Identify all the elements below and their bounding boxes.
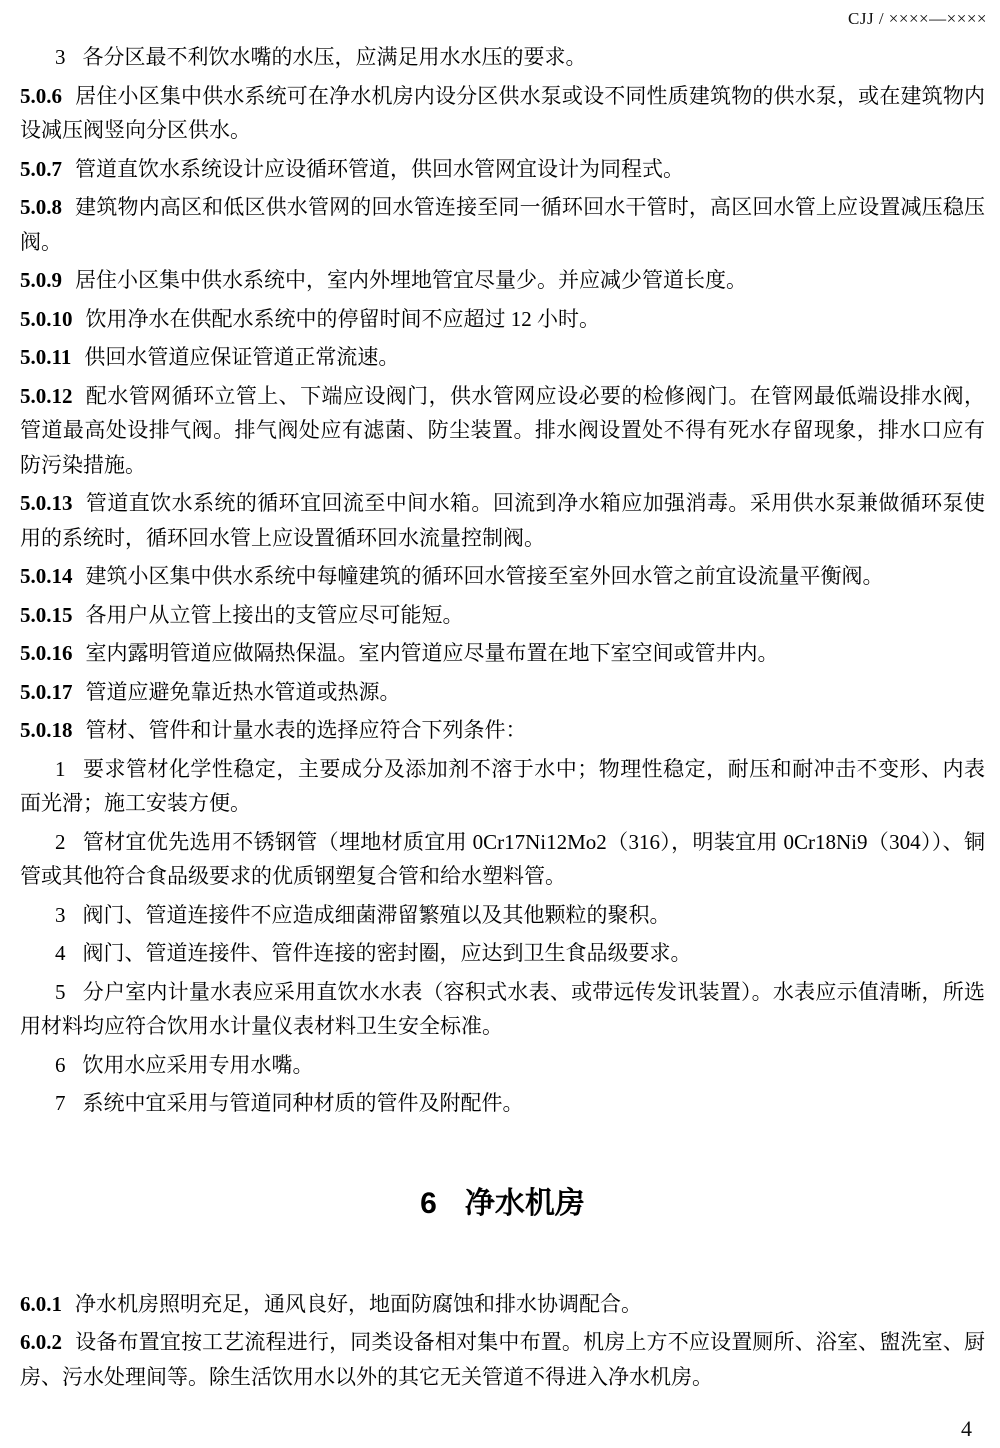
clause-text: 居住小区集中供水系统可在净水机房内设分区供水泵或设不同性质建筑物的供水泵，或在建…: [20, 84, 985, 143]
clause-paragraph: 5.0.7管道直饮水系统设计应设循环管道，供回水管网宜设计为同程式。: [20, 152, 985, 187]
running-header-standard-code: CJJ / ××××—××××: [848, 9, 987, 29]
subitem-paragraph: 4阀门、管道连接件、管件连接的密封圈，应达到卫生食品级要求。: [20, 936, 985, 971]
clause-paragraph: 5.0.6居住小区集中供水系统可在净水机房内设分区供水泵或设不同性质建筑物的供水…: [20, 79, 985, 148]
clause-paragraph: 6.0.2设备布置宜按工艺流程进行，同类设备相对集中布置。机房上方不应设置厕所、…: [20, 1325, 985, 1394]
subitem-number: 3: [55, 45, 66, 69]
subitem-paragraph: 6饮用水应采用专用水嘴。: [20, 1048, 985, 1083]
clause-paragraph: 5.0.14建筑小区集中供水系统中每幢建筑的循环回水管接至室外回水管之前宜设流量…: [20, 559, 985, 594]
subitem-text: 管材宜优先选用不锈钢管（埋地材质宜用 0Cr17Ni12Mo2（316），明装宜…: [20, 830, 985, 889]
subitem-text: 饮用水应采用专用水嘴。: [83, 1053, 314, 1077]
clause-text: 管道直饮水系统设计应设循环管道，供回水管网宜设计为同程式。: [75, 157, 684, 181]
clause-text: 设备布置宜按工艺流程进行，同类设备相对集中布置。机房上方不应设置厕所、浴室、盥洗…: [20, 1330, 985, 1389]
subitem-number: 6: [55, 1053, 66, 1077]
clause-number: 5.0.7: [20, 157, 62, 181]
clause-paragraph: 5.0.10饮用净水在供配水系统中的停留时间不应超过 12 小时。: [20, 302, 985, 337]
clause-text: 建筑物内高区和低区供水管网的回水管连接至同一循环回水干管时，高区回水管上应设置减…: [20, 195, 985, 254]
clause-number: 5.0.13: [20, 491, 73, 515]
subitem-text: 分户室内计量水表应采用直饮水水表（容积式水表、或带远传发讯装置）。水表应示值清晰…: [20, 980, 985, 1039]
subitem-paragraph: 3各分区最不利饮水嘴的水压，应满足用水水压的要求。: [20, 40, 985, 75]
section-heading-number: 6: [420, 1187, 437, 1220]
clause-number: 5.0.9: [20, 268, 62, 292]
subitem-paragraph: 5分户室内计量水表应采用直饮水水表（容积式水表、或带远传发讯装置）。水表应示值清…: [20, 975, 985, 1044]
subitem-paragraph: 2管材宜优先选用不锈钢管（埋地材质宜用 0Cr17Ni12Mo2（316），明装…: [20, 825, 985, 894]
clause-number: 5.0.18: [20, 718, 73, 742]
clause-text: 净水机房照明充足，通风良好，地面防腐蚀和排水协调配合。: [75, 1292, 642, 1316]
subitem-text: 阀门、管道连接件不应造成细菌滞留繁殖以及其他颗粒的聚积。: [83, 903, 671, 927]
subitem-number: 4: [55, 941, 66, 965]
section-heading-title: 净水机房: [465, 1187, 585, 1220]
clause-paragraph: 5.0.13管道直饮水系统的循环宜回流至中间水箱。回流到净水箱应加强消毒。采用供…: [20, 486, 985, 555]
subitem-number: 3: [55, 903, 66, 927]
clause-paragraph: 5.0.18管材、管件和计量水表的选择应符合下列条件：: [20, 713, 985, 748]
clause-paragraph: 5.0.11供回水管道应保证管道正常流速。: [20, 340, 985, 375]
clause-paragraph: 5.0.9居住小区集中供水系统中，室内外埋地管宜尽量少。并应减少管道长度。: [20, 263, 985, 298]
clause-number: 6.0.2: [20, 1330, 62, 1354]
subitem-paragraph: 1要求管材化学性稳定，主要成分及添加剂不溶于水中；物理性稳定，耐压和耐冲击不变形…: [20, 752, 985, 821]
clause-paragraph: 5.0.16室内露明管道应做隔热保温。室内管道应尽量布置在地下室空间或管井内。: [20, 636, 985, 671]
clause-number: 5.0.8: [20, 195, 62, 219]
subitem-text: 阀门、管道连接件、管件连接的密封圈，应达到卫生食品级要求。: [83, 941, 692, 965]
clause-text: 饮用净水在供配水系统中的停留时间不应超过 12 小时。: [86, 307, 601, 331]
subitem-number: 2: [55, 830, 66, 854]
page-number: 4: [961, 1416, 972, 1442]
clause-number: 5.0.10: [20, 307, 73, 331]
clause-text: 建筑小区集中供水系统中每幢建筑的循环回水管接至室外回水管之前宜设流量平衡阀。: [86, 564, 884, 588]
clause-text: 管道直饮水系统的循环宜回流至中间水箱。回流到净水箱应加强消毒。采用供水泵兼做循环…: [20, 491, 985, 550]
clause-number: 5.0.17: [20, 680, 73, 704]
clause-number: 5.0.16: [20, 641, 73, 665]
clause-number: 5.0.12: [20, 384, 73, 408]
subitem-paragraph: 3阀门、管道连接件不应造成细菌滞留繁殖以及其他颗粒的聚积。: [20, 898, 985, 933]
clause-text: 管材、管件和计量水表的选择应符合下列条件：: [86, 718, 527, 742]
clause-text: 室内露明管道应做隔热保温。室内管道应尽量布置在地下室空间或管井内。: [86, 641, 779, 665]
subitem-text: 系统中宜采用与管道同种材质的管件及附配件。: [83, 1091, 524, 1115]
clause-text: 供回水管道应保证管道正常流速。: [84, 345, 399, 369]
clause-text: 管道应避免靠近热水管道或热源。: [86, 680, 401, 704]
subitem-number: 7: [55, 1091, 66, 1115]
clause-text: 居住小区集中供水系统中，室内外埋地管宜尽量少。并应减少管道长度。: [75, 268, 747, 292]
clause-paragraph: 5.0.8建筑物内高区和低区供水管网的回水管连接至同一循环回水干管时，高区回水管…: [20, 190, 985, 259]
clause-number: 6.0.1: [20, 1292, 62, 1316]
clause-number: 5.0.15: [20, 603, 73, 627]
clause-number: 5.0.11: [20, 345, 71, 369]
clause-number: 5.0.14: [20, 564, 73, 588]
clause-paragraph: 6.0.1净水机房照明充足，通风良好，地面防腐蚀和排水协调配合。: [20, 1287, 985, 1322]
subitem-number: 1: [55, 757, 66, 781]
document-page: CJJ / ××××—×××× 3各分区最不利饮水嘴的水压，应满足用水水压的要求…: [0, 0, 1000, 1448]
subitem-paragraph: 7系统中宜采用与管道同种材质的管件及附配件。: [20, 1086, 985, 1121]
section-heading: 6净水机房: [20, 1183, 985, 1225]
clause-text: 各用户从立管上接出的支管应尽可能短。: [86, 603, 464, 627]
clause-paragraph: 5.0.17管道应避免靠近热水管道或热源。: [20, 675, 985, 710]
subitem-text: 要求管材化学性稳定，主要成分及添加剂不溶于水中；物理性稳定，耐压和耐冲击不变形、…: [20, 757, 985, 816]
clause-text: 配水管网循环立管上、下端应设阀门，供水管网应设必要的检修阀门。在管网最低端设排水…: [20, 384, 985, 477]
clause-paragraph: 5.0.12配水管网循环立管上、下端应设阀门，供水管网应设必要的检修阀门。在管网…: [20, 379, 985, 483]
clause-paragraph: 5.0.15各用户从立管上接出的支管应尽可能短。: [20, 598, 985, 633]
subitem-number: 5: [55, 980, 66, 1004]
clause-number: 5.0.6: [20, 84, 62, 108]
document-body: 3各分区最不利饮水嘴的水压，应满足用水水压的要求。5.0.6居住小区集中供水系统…: [20, 40, 985, 1398]
subitem-text: 各分区最不利饮水嘴的水压，应满足用水水压的要求。: [83, 45, 587, 69]
